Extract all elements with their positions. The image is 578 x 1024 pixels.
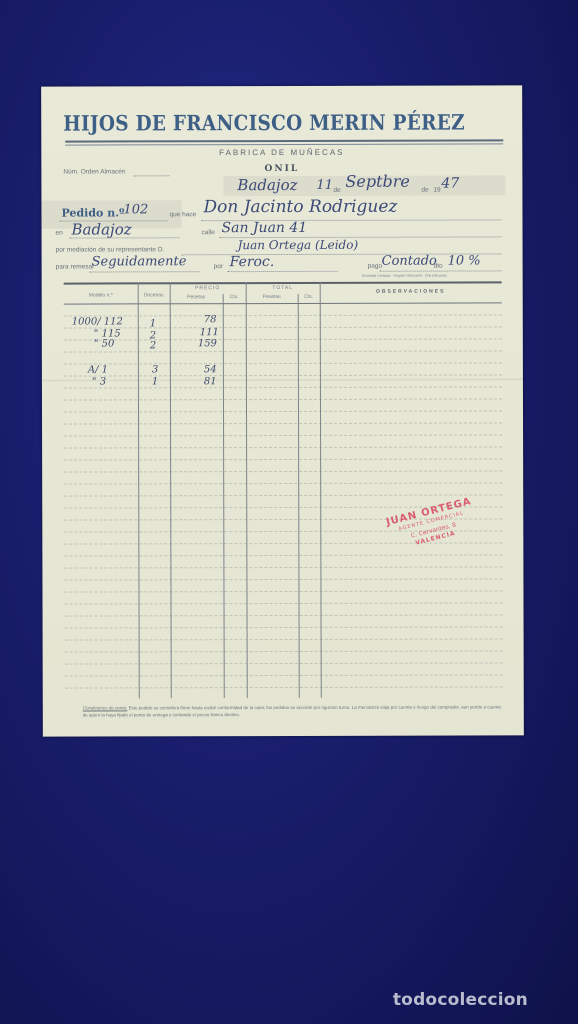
row-precio: 54 (204, 364, 217, 375)
row-docenas: 3 (152, 364, 158, 375)
date-de-label-1: de (333, 187, 340, 194)
warehouse-order-field (133, 175, 169, 176)
date-place: Badajoz (237, 176, 297, 194)
header-observaciones: OBSERVACIONES (320, 288, 502, 294)
row-modelo: A/ 1 (88, 364, 108, 375)
row-modelo: " 50 (94, 338, 115, 349)
que-hace-label: que hace (169, 211, 196, 218)
date-day: 11 (316, 178, 333, 193)
order-number: 102 (123, 202, 148, 217)
row-precio: 78 (204, 314, 217, 325)
date-de-label-2: de (421, 187, 428, 194)
conditions-text: Este pedido se considera firme hasta rec… (83, 704, 501, 717)
payment-underline (380, 270, 502, 271)
row-docenas: 1 (152, 376, 158, 387)
order-number-label: Pedido n.º (61, 206, 124, 219)
watermark-logo: todocoleccion (393, 990, 528, 1010)
customer-city: Badajoz (72, 220, 132, 238)
order-form-sheet: HIJOS DE FRANCISCO MERIN PÉREZ FABRICA D… (41, 85, 524, 736)
remesar-underline (90, 271, 200, 272)
order-items-table: Modelo n.º Docenas PRECIO Pesetas Cts. T… (64, 281, 503, 698)
en-label: en (56, 230, 63, 237)
col-divider-modelo (138, 282, 140, 698)
sales-conditions: Condiciones de venta: Este pedido se con… (83, 703, 503, 718)
payment-terms: Contado (382, 254, 437, 269)
representative: Juan Ortega (Leido) (238, 238, 359, 252)
row-docenas: 1 (150, 318, 156, 329)
header-precio-pesetas: Pesetas (170, 294, 223, 300)
col-divider-precio (246, 282, 248, 698)
header-total-pesetas: Pesetas (246, 294, 298, 300)
dto-label: dto (434, 263, 443, 270)
row-precio: 159 (198, 338, 217, 349)
shipping-method: Seguidamente (92, 254, 187, 269)
row-precio: 81 (204, 376, 217, 387)
company-name: HIJOS DE FRANCISCO MERIN PÉREZ (63, 110, 450, 136)
table-header-border (64, 302, 502, 304)
city-underline (70, 237, 180, 238)
row-modelo: 1000/ 112 (72, 316, 123, 327)
header-precio-cts: Cts. (223, 294, 246, 300)
company-subtitle: FABRICA DE MUÑECAS (41, 147, 522, 157)
header-modelo: Modelo n.º (64, 292, 138, 298)
conditions-label: Condiciones de venta: (83, 705, 128, 710)
fine-print: Sociedad Limitada · Registro Mercantil ·… (362, 274, 447, 278)
title-rule-thin (65, 143, 503, 145)
pago-label: pago (368, 263, 382, 270)
mediacion-label: por mediación de su representante D. (56, 246, 165, 253)
customer-street: San Juan 41 (222, 220, 308, 236)
header-precio: PRECIO (170, 285, 246, 291)
header-total: TOTAL (246, 285, 320, 291)
header-total-cts: Cts. (298, 294, 320, 300)
row-modelo: " 3 (92, 376, 106, 387)
date-year-handwritten: 47 (441, 176, 459, 192)
col-divider-total (320, 282, 322, 698)
carrier: Feroc. (230, 254, 275, 270)
calle-label: calle (202, 229, 215, 236)
date-year-printed: 19 (433, 187, 440, 194)
col-divider-docenas (170, 282, 172, 698)
date-month: Septbre (345, 172, 410, 191)
remesar-label: para remesar (56, 263, 95, 270)
header-docenas: Docenas (138, 292, 170, 298)
row-docenas: 2 (150, 340, 156, 351)
customer-name: Don Jacinto Rodriguez (203, 197, 397, 218)
warehouse-order-label: Núm. Orden Almacén (63, 168, 125, 175)
discount: 10 % (448, 253, 481, 268)
carrier-underline (228, 271, 338, 272)
por-label: por (214, 263, 223, 270)
row-precio: 111 (200, 327, 219, 338)
title-rule (65, 139, 503, 142)
